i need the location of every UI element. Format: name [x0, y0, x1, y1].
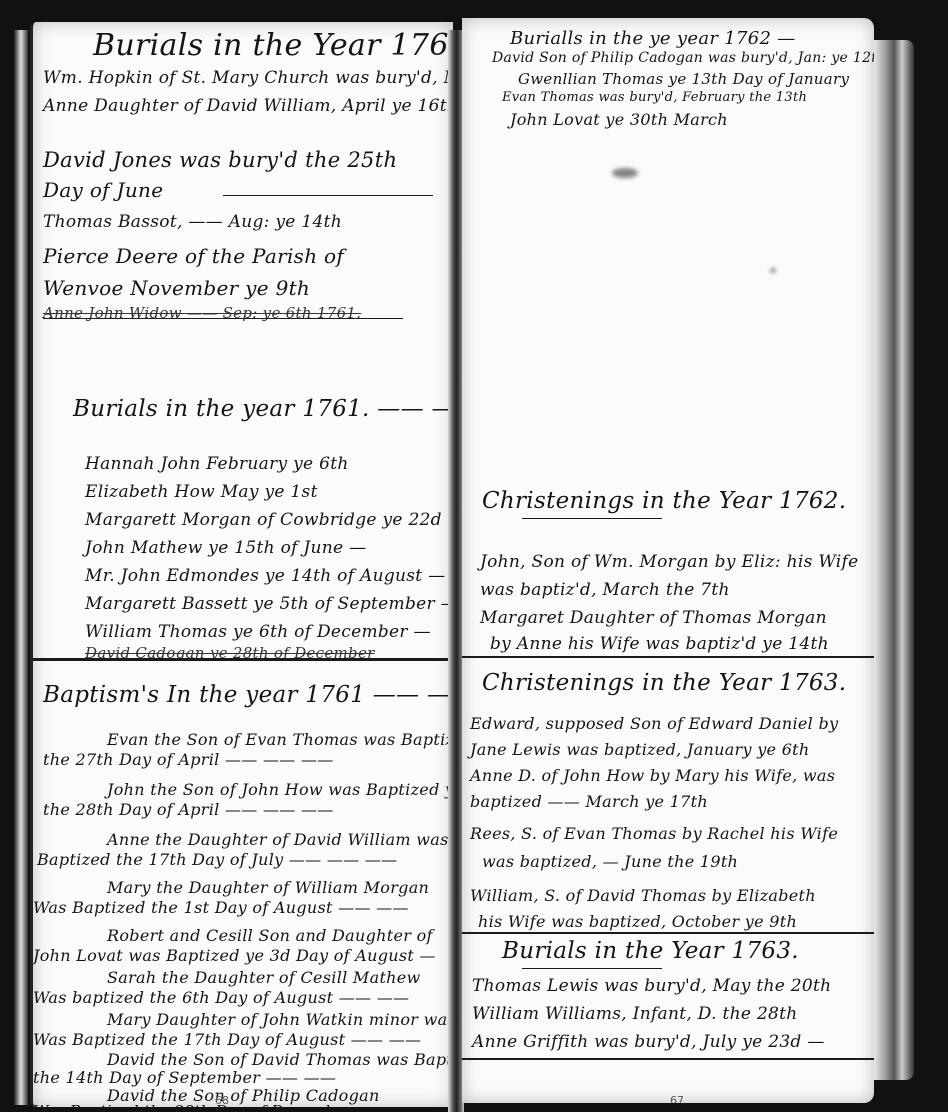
entry: William, S. of David Thomas by Elizabeth: [470, 886, 816, 905]
entry: David Son of Philip Cadogan was bury'd, …: [492, 50, 874, 66]
ink-blot: [612, 168, 638, 178]
ink-spot: [770, 268, 776, 273]
entry: Margaret Daughter of Thomas Morgan: [480, 608, 827, 628]
entry: William Williams, Infant, D. the 28th: [472, 1004, 798, 1024]
entry: John Mathew ye 15th of June —: [85, 538, 366, 558]
section-heading-christenings-1762: Christenings in the Year 1762.: [482, 488, 846, 514]
entry: Day of June: [43, 178, 163, 202]
entry: Was Baptized the 17th Day of August —— —…: [33, 1030, 421, 1049]
entry: Rees, S. of Evan Thomas by Rachel his Wi…: [470, 824, 838, 843]
entry: John the Son of John How was Baptized ye: [107, 780, 453, 799]
entry: Mary Daughter of John Watkin minor was: [107, 1010, 453, 1029]
right-page-edges: [874, 40, 914, 1080]
entry: Elizabeth How May ye 1st: [85, 482, 318, 502]
entry: John Lovat ye 30th March: [510, 110, 728, 129]
entry: Anne D. of John How by Mary his Wife, wa…: [470, 766, 835, 785]
entry: Was baptized the 6th Day of August —— ——: [33, 988, 409, 1007]
entry: Wenvoe November ye 9th: [43, 276, 310, 300]
section-heading-burials-1762: Burialls in the ye year 1762 —: [510, 28, 796, 49]
section-heading-baptisms-1761: Baptism's In the year 1761 —— —— ——: [43, 682, 453, 708]
entry: David the Son of David Thomas was Baptiz: [107, 1050, 453, 1069]
entry: Baptized the 17th Day of July —— —— ——: [37, 850, 397, 869]
section-divider: [462, 656, 874, 658]
entry: David Jones was bury'd the 25th: [43, 148, 397, 172]
section-heading-burials-1763: Burials in the Year 1763.: [502, 938, 799, 964]
left-book-edge: [14, 30, 28, 1105]
entry: Jane Lewis was baptized, January ye 6th: [470, 740, 810, 759]
folio-number-right: 67: [670, 1094, 684, 1103]
entry: John Lovat was Baptized ye 3d Day of Aug…: [33, 946, 436, 965]
entry: John, Son of Wm. Morgan by Eliz: his Wif…: [480, 552, 859, 572]
entry: Mr. John Edmondes ye 14th of August —: [85, 566, 445, 586]
entry: was baptiz'd, March the 7th: [480, 580, 730, 600]
entry: was baptized, — June the 19th: [482, 852, 738, 871]
entry: the 27th Day of April —— —— ——: [43, 750, 334, 769]
entry: Thomas Bassot, —— Aug: ye 14th: [43, 212, 342, 232]
right-page: Burialls in the ye year 1762 — David Son…: [462, 18, 874, 1103]
entry: Margarett Morgan of Cowbridge ye 22d of …: [85, 510, 453, 530]
entry: Was Baptized the 28th Day of December ——: [33, 1102, 387, 1107]
entry: by Anne his Wife was baptiz'd ye 14th: [490, 634, 829, 654]
section-divider: [33, 658, 453, 661]
entry: Anne Griffith was bury'd, July ye 23d —: [472, 1032, 825, 1052]
divider: [223, 195, 433, 196]
entry: Anne the Daughter of David William was: [107, 830, 449, 849]
heading-underline: [522, 518, 662, 519]
struck-entry: Anne John Widow —— Sep: ye 6th 1761.: [43, 304, 361, 322]
entry: Mary the Daughter of William Morgan: [107, 878, 429, 897]
entry: Margarett Bassett ye 5th of September —: [85, 594, 453, 614]
register-book: Burials in the Year 1760. — Wm. Hopkin o…: [0, 0, 948, 1112]
entry: Was Baptized the 1st Day of August —— ——: [33, 898, 409, 917]
entry: William Thomas ye 6th of December —: [85, 622, 431, 642]
entry: Sarah the Daughter of Cesill Mathew: [107, 968, 421, 987]
divider: [43, 318, 403, 319]
entry: his Wife was baptized, October ye 9th: [478, 912, 797, 931]
section-heading-burials-1761: Burials in the year 1761. —— ——: [73, 396, 453, 422]
entry: Evan the Son of Evan Thomas was Baptized: [107, 730, 453, 749]
entry: Wm. Hopkin of St. Mary Church was bury'd…: [43, 68, 453, 88]
heading-underline: [522, 968, 662, 969]
entry: Hannah John February ye 6th: [85, 454, 349, 474]
entry: Anne Daughter of David William, April ye…: [43, 96, 453, 116]
entry: Thomas Lewis was bury'd, May the 20th: [472, 976, 831, 996]
entry: baptized —— March ye 17th: [470, 792, 708, 811]
section-divider: [462, 1058, 874, 1060]
entry: the 28th Day of April —— —— ——: [43, 800, 334, 819]
folio-number-left: 68: [215, 1094, 229, 1107]
section-heading-burials-1760: Burials in the Year 1760. —: [93, 28, 453, 63]
left-page: Burials in the Year 1760. — Wm. Hopkin o…: [30, 22, 453, 1107]
entry: Gwenllian Thomas ye 13th Day of January: [518, 70, 849, 88]
entry: Evan Thomas was bury'd, February the 13t…: [502, 90, 807, 105]
entry: Robert and Cesill Son and Daughter of: [107, 926, 433, 945]
entry: Pierce Deere of the Parish of: [43, 244, 344, 268]
entry: Edward, supposed Son of Edward Daniel by: [470, 714, 838, 733]
entry: the 14th Day of September —— ——: [33, 1068, 336, 1087]
section-divider: [462, 932, 874, 934]
section-heading-christenings-1763: Christenings in the Year 1763.: [482, 670, 846, 696]
